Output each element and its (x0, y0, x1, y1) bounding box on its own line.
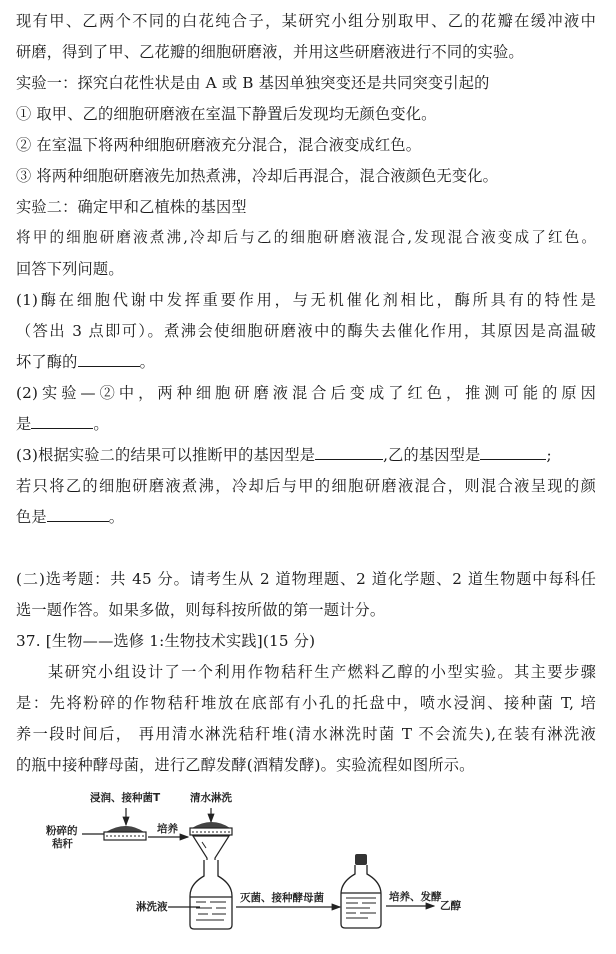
question-3-part-c: ; (546, 446, 551, 464)
elective-line-1: (二)选考题：共 45 分。请考生从 2 道物理题、2 道化学题、2 道生物题中… (16, 569, 596, 589)
experiment1-step-3: ③ 将两种细胞研磨液先加热煮沸，冷却后再混合，混合液颜色无变化。 (16, 166, 596, 186)
question-3-line-1: (3)根据实验二的结果可以推断甲的基因型是,乙的基因型是; (16, 445, 596, 465)
exam-page: 现有甲、乙两个不同的白花纯合子，某研究小组分别取甲、乙的花瓣在缓冲液中 研磨，得… (0, 0, 616, 954)
question-37-para-3: 养一段时间后， 再用清水淋洗秸秆堆(清水淋洗时菌 T 不会流失),在装有淋洗液 (16, 724, 596, 744)
answer-blank-q3-genotype-jia[interactable] (315, 445, 383, 460)
experiment1-step-2: ② 在室温下将两种细胞研磨液充分混合，混合液变成红色。 (16, 135, 596, 155)
label-culture: 培养 (157, 823, 178, 835)
question-3-part-b: ,乙的基因型是 (383, 446, 480, 464)
question-3-suffix: 。 (109, 508, 124, 526)
label-culture-ferment: 培养、发酵 (389, 891, 442, 903)
experiment2-body: 将甲的细胞研磨液煮沸,冷却后与乙的细胞研磨液混合,发现混合液变成了红色。 (16, 228, 596, 248)
answer-blank-q1[interactable] (78, 352, 140, 367)
question-2-prefix: 是 (16, 415, 31, 433)
answer-blank-q3-genotype-yi[interactable] (480, 445, 546, 460)
question-2-line-2: 是。 (16, 414, 596, 434)
intro-line-1: 现有甲、乙两个不同的白花纯合子，某研究小组分别取甲、乙的花瓣在缓冲液中 (16, 11, 596, 31)
question-3-part-a: (3)根据实验二的结果可以推断甲的基因型是 (16, 446, 315, 464)
label-crushed: 粉碎的 (46, 825, 78, 837)
intro-line-2: 研磨，得到了甲、乙花瓣的细胞研磨液，并用这些研磨液进行不同的实验。 (16, 42, 596, 62)
question-2-line-1: (2)实验—②中，两种细胞研磨液混合后变成了红色，推测可能的原因 (16, 383, 596, 403)
question-1-suffix: 。 (140, 353, 155, 371)
flow-diagram-drawing (40, 780, 520, 950)
experiment1-title: 实验一：探究白花性状是由 A 或 B 基因单独突变还是共同突变引起的 (16, 73, 596, 93)
label-rinse-liquid: 淋洗液 (136, 901, 168, 913)
answer-blank-q2[interactable] (31, 414, 93, 429)
elective-line-2: 选一题作答。如果多做，则每科按所做的第一题计分。 (16, 600, 596, 620)
label-ethanol: 乙醇 (440, 900, 461, 912)
question-1-prefix: 坏了酶的 (16, 353, 78, 371)
experiment-flow-diagram: 浸润、接种菌T 清水淋洗 粉碎的 秸秆 培养 淋洗液 灭菌、接种酵母菌 培养、发… (40, 780, 520, 950)
question-37-para-4: 的瓶中接种酵母菌，进行乙醇发酵(酒精发酵)。实验流程如图所示。 (16, 755, 596, 775)
answer-blank-q3-color[interactable] (47, 507, 109, 522)
label-rinse-water: 清水淋洗 (190, 792, 232, 804)
experiment2-title: 实验二：确定甲和乙植株的基因型 (16, 197, 596, 217)
label-sterilize-inoculate-yeast: 灭菌、接种酵母菌 (240, 892, 324, 904)
question-37-para-2: 是：先将粉碎的作物秸秆堆放在底部有小孔的托盘中，喷水浸润、接种菌 T, 培 (16, 693, 596, 713)
label-soak-inoculate: 浸润、接种菌T (90, 792, 160, 804)
question-3-prefix: 色是 (16, 508, 47, 526)
question-37-para-1: 某研究小组设计了一个利用作物秸秆生产燃料乙醇的小型实验。其主要步骤 (48, 662, 596, 682)
question-3-line-2: 若只将乙的细胞研磨液煮沸，冷却后与甲的细胞研磨液混合，则混合液呈现的颜 (16, 476, 596, 496)
label-straw: 秸秆 (52, 838, 73, 850)
question-37-title: 37. [生物——选修 1:生物技术实践](15 分) (16, 631, 596, 651)
question-1-line-3: 坏了酶的。 (16, 352, 596, 372)
experiment1-step-1: ① 取甲、乙的细胞研磨液在室温下静置后发现均无颜色变化。 (16, 104, 596, 124)
question-2-suffix: 。 (93, 415, 108, 433)
answer-prompt: 回答下列问题。 (16, 259, 596, 279)
question-1-line-2: （答出 3 点即可）。煮沸会使细胞研磨液中的酶失去催化作用，其原因是高温破 (16, 321, 596, 341)
question-1-line-1: (1)酶在细胞代谢中发挥重要作用，与无机催化剂相比，酶所具有的特性是 (16, 290, 596, 310)
question-3-line-3: 色是。 (16, 507, 596, 527)
